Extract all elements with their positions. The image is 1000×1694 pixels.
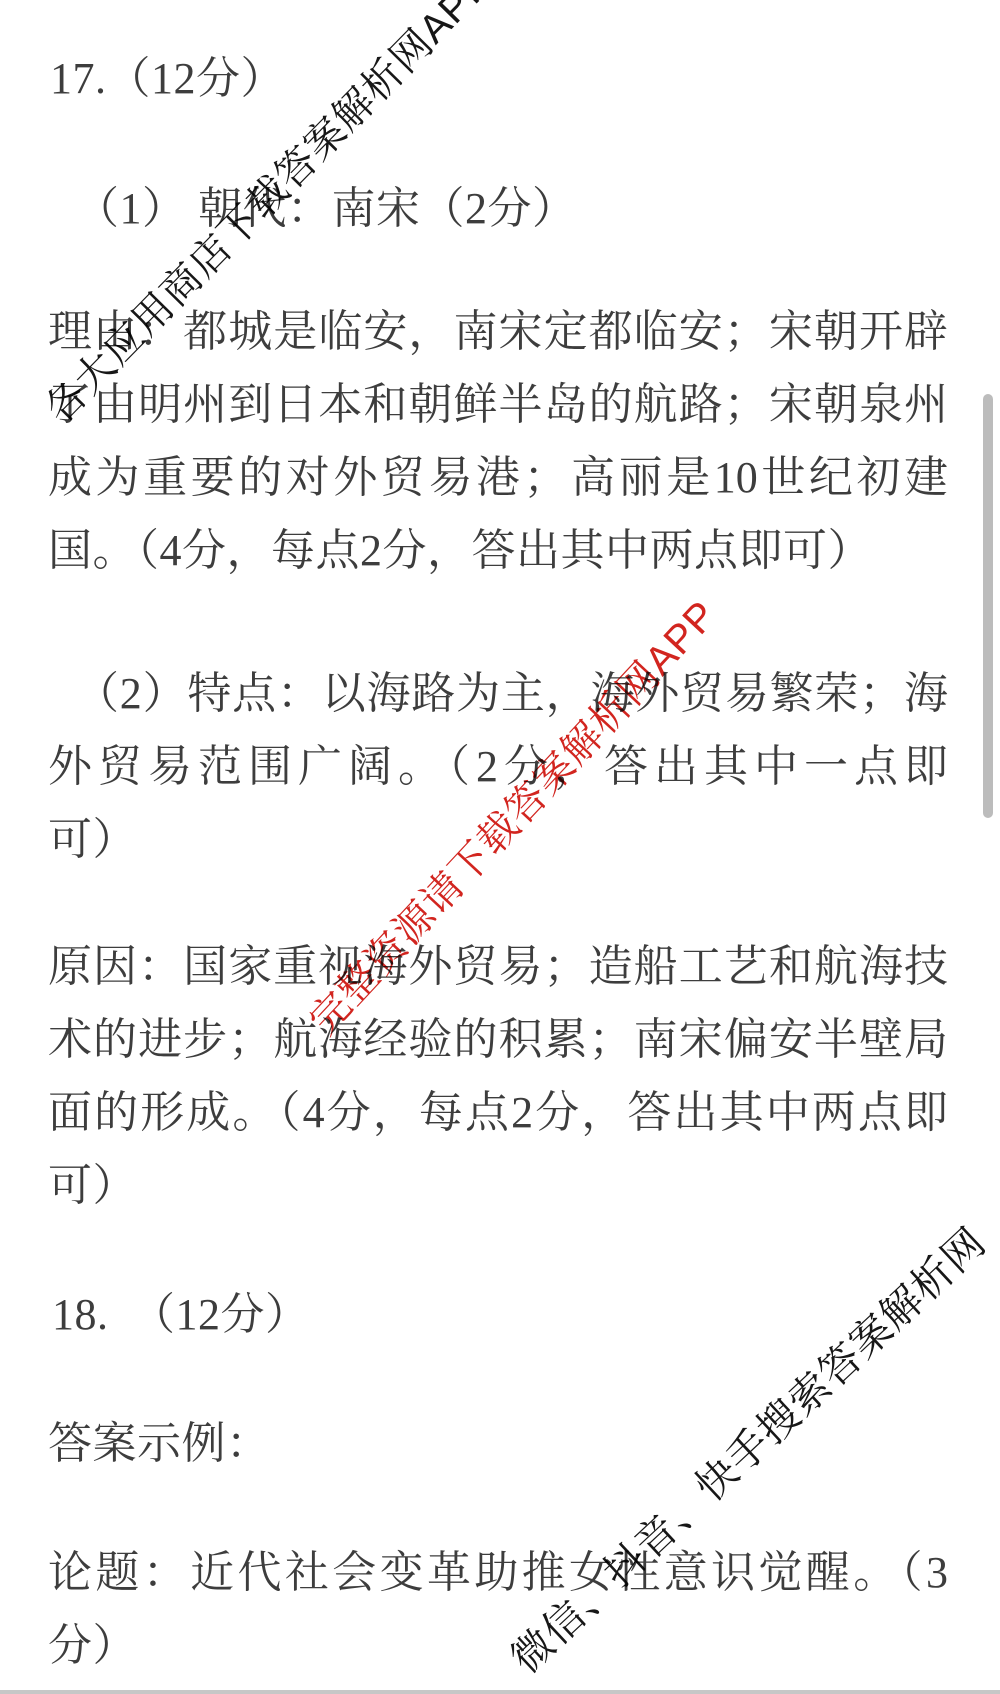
q17-part2-line: 可） bbox=[48, 811, 137, 869]
answer-document-page: 17.（12分） （1） 朝代：南宋（2分） 理由：都城是临安，南宋定都临安；宋… bbox=[0, 0, 1000, 1694]
q17-heading: 17.（12分） bbox=[50, 50, 285, 108]
q17-cause-line: 可） bbox=[48, 1157, 137, 1215]
q17-cause-line: 原因：国家重视海外贸易；造船工艺和航海技 bbox=[48, 938, 948, 996]
q18-thesis-line: 分） bbox=[48, 1617, 137, 1675]
watermark-social-search: 微信、抖音、快手搜索答案解析网 bbox=[496, 1211, 997, 1684]
q18-heading: 18. （12分） bbox=[52, 1286, 310, 1344]
q18-answer-example-label: 答案示例： bbox=[48, 1415, 271, 1473]
q17-part2-line: （2）特点：以海路为主，海外贸易繁荣；海 bbox=[75, 665, 948, 723]
q17-part2-line: 外贸易范围广阔。（2分，答出其中一点即 bbox=[48, 738, 948, 796]
bottom-divider bbox=[0, 1690, 1000, 1694]
scrollbar-thumb[interactable] bbox=[983, 394, 993, 818]
q18-thesis-line: 论题：近代社会变革助推女性意识觉醒。（3 bbox=[48, 1544, 948, 1602]
q17-reason-line: 理由：都城是临安，南宋定都临安；宋朝开辟 bbox=[48, 303, 948, 361]
q17-reason-line: 成为重要的对外贸易港；高丽是10世纪初建 bbox=[48, 449, 948, 507]
q17-part1-answer: （1） 朝代：南宋（2分） bbox=[75, 180, 577, 238]
q17-reason-line: 国。（4分，每点2分，答出其中两点即可） bbox=[48, 522, 872, 580]
q17-reason-line: 了由明州到日本和朝鲜半岛的航路；宋朝泉州 bbox=[48, 376, 948, 434]
q17-cause-line: 面的形成。（4分，每点2分，答出其中两点即 bbox=[48, 1084, 948, 1142]
q17-cause-line: 术的进步；航海经验的积累；南宋偏安半壁局 bbox=[48, 1011, 948, 1069]
